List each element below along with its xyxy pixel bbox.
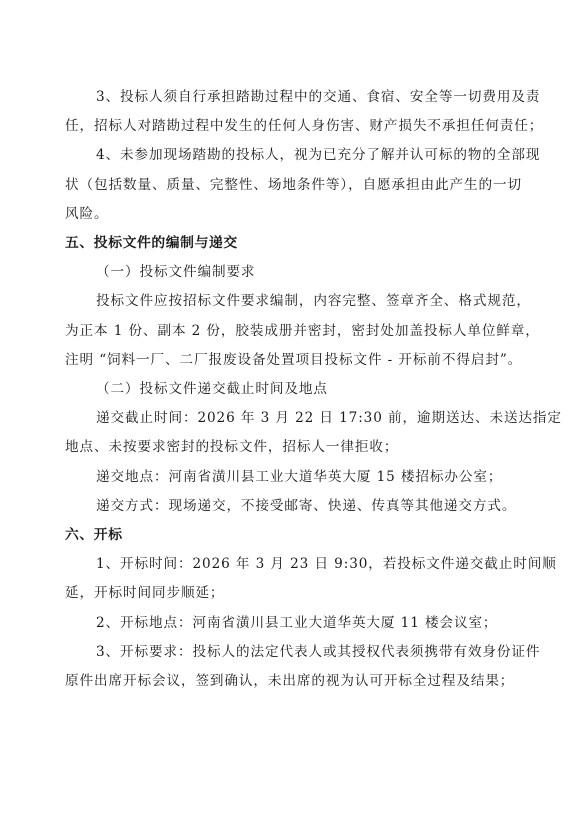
paragraph-line: 4、未参加现场踏勘的投标人，视为已充分了解并认可标的物的全部现 bbox=[65, 141, 510, 170]
paragraph-line: 1、开标时间：2026 年 3 月 23 日 9:30，若投标文件递交截止时间顺 bbox=[65, 550, 510, 579]
subsection-heading: （一）投标文件编制要求 bbox=[65, 258, 510, 287]
paragraph-line: 延，开标时间同步顺延； bbox=[65, 579, 510, 608]
paragraph-line: 为正本 1 份、副本 2 份，胶装成册并密封，密封处加盖投标人单位鲜章， bbox=[65, 317, 510, 346]
paragraph-line: 风险。 bbox=[65, 200, 510, 229]
paragraph-line: 状（包括数量、质量、完整性、场地条件等），自愿承担由此产生的一切 bbox=[65, 171, 510, 200]
paragraph-line: 递交截止时间：2026 年 3 月 22 日 17:30 前，逾期送达、未送达指… bbox=[65, 404, 510, 433]
paragraph-line: 原件出席开标会议，签到确认，未出席的视为认可开标全过程及结果； bbox=[65, 667, 510, 696]
paragraph-line: 投标文件应按招标文件要求编制，内容完整、签章齐全、格式规范， bbox=[65, 287, 510, 316]
paragraph-line: 注明 “饲料一厂、二厂报废设备处置项目投标文件 - 开标前不得启封”。 bbox=[65, 346, 510, 375]
section-heading: 六、开标 bbox=[65, 521, 510, 550]
paragraph-line: 递交方式：现场递交，不接受邮寄、快递、传真等其他递交方式。 bbox=[65, 492, 510, 521]
paragraph-line: 3、投标人须自行承担踏勘过程中的交通、食宿、安全等一切费用及责 bbox=[65, 83, 510, 112]
document-page: 3、投标人须自行承担踏勘过程中的交通、食宿、安全等一切费用及责 任，招标人对踏勘… bbox=[65, 83, 510, 696]
paragraph-line: 递交地点：河南省潢川县工业大道华英大厦 15 楼招标办公室； bbox=[65, 463, 510, 492]
subsection-heading: （二）投标文件递交截止时间及地点 bbox=[65, 375, 510, 404]
paragraph-line: 地点、未按要求密封的投标文件，招标人一律拒收； bbox=[65, 433, 510, 462]
paragraph-line: 任，招标人对踏勘过程中发生的任何人身伤害、财产损失不承担任何责任； bbox=[65, 112, 510, 141]
section-heading: 五、投标文件的编制与递交 bbox=[65, 229, 510, 258]
paragraph-line: 3、开标要求：投标人的法定代表人或其授权代表须携带有效身份证件 bbox=[65, 638, 510, 667]
paragraph-line: 2、开标地点：河南省潢川县工业大道华英大厦 11 楼会议室； bbox=[65, 609, 510, 638]
